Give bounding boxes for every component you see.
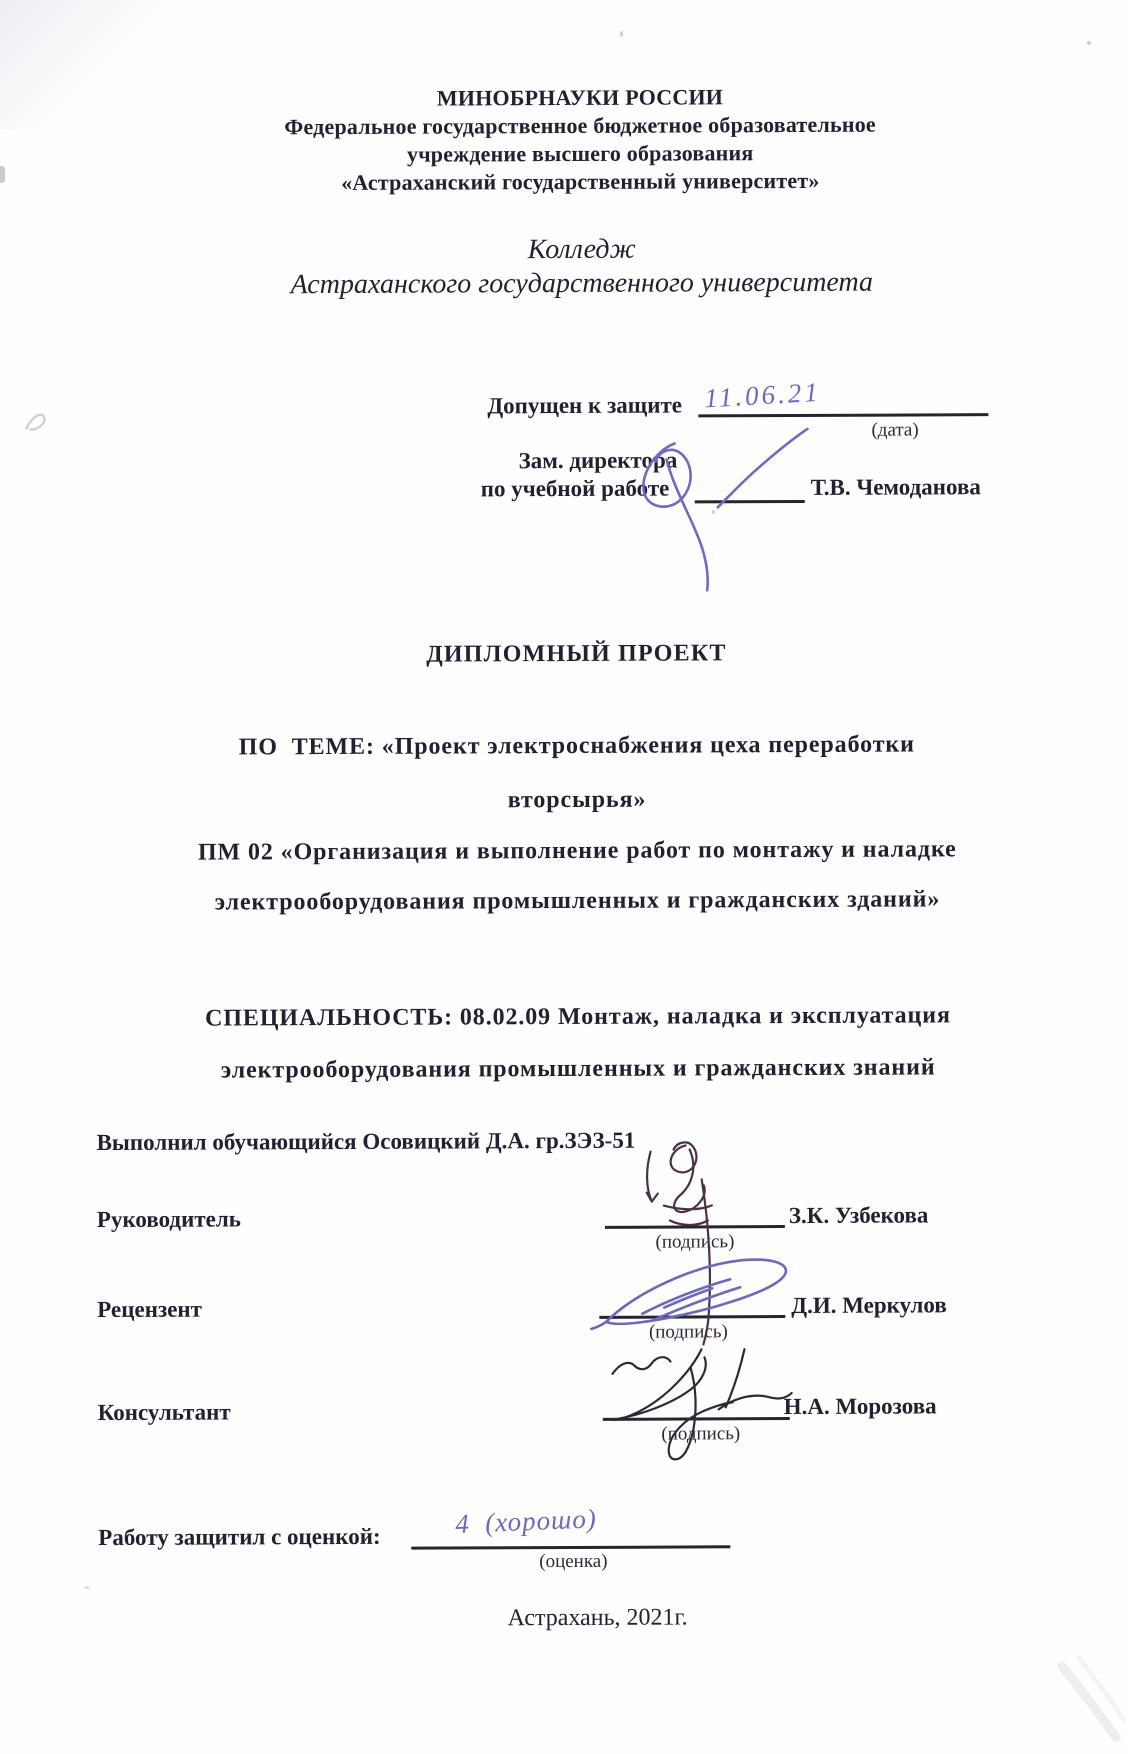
- university-name: «Астраханский государственный университе…: [35, 166, 1125, 199]
- signatory-name-consultant: Н.А. Морозова: [784, 1393, 937, 1420]
- module-line-2: электрооборудования промышленных и гражд…: [0, 886, 1128, 918]
- approver-position-line-2: по учебной работе: [481, 476, 670, 503]
- grade-handwritten-value: 4 (хорошо): [455, 1503, 598, 1540]
- module-line-1: ПМ 02 «Организация и выполнение работ по…: [0, 836, 1128, 868]
- scan-speck: [620, 31, 623, 37]
- scan-speck: [712, 510, 715, 514]
- scan-speck: [1087, 41, 1091, 45]
- document-type-title: ДИПЛОМНЫЙ ПРОЕКТ: [0, 639, 1127, 671]
- signature-line-reviewer: [599, 1315, 785, 1319]
- signature-caption-reviewer: (подпись): [628, 1321, 748, 1344]
- approver-signature-line: [695, 500, 805, 503]
- grade-caption: (оценка): [508, 1551, 638, 1574]
- signature-caption-supervisor: (подпись): [635, 1231, 755, 1254]
- signature-line-consultant: [603, 1417, 790, 1421]
- college-line-2: Астраханского государственного университ…: [38, 265, 1126, 304]
- approval-label: Допущен к защите: [487, 392, 682, 419]
- specialty-line-1: СПЕЦИАЛЬНОСТЬ: 08.02.09 Монтаж, наладка …: [1, 1002, 1128, 1034]
- approver-position-line-1: Зам. директора: [519, 448, 678, 475]
- scan-content: МИНОБРНАУКИ РОССИИ Федеральное государст…: [0, 0, 1128, 1754]
- grade-label: Работу защитил с оценкой:: [98, 1524, 380, 1551]
- signature-caption-consultant: (подпись): [641, 1423, 761, 1446]
- signatory-name-reviewer: Д.И. Меркулов: [791, 1292, 947, 1319]
- topic-line-2: вторсырья»: [0, 785, 1128, 817]
- signature-line-supervisor: [605, 1225, 785, 1229]
- student-line: Выполнил обучающийся Осовицкий Д.А. гр.З…: [96, 1128, 635, 1156]
- scan-corner-wash: [0, 0, 160, 130]
- specialty-line-2: электрооборудования промышленных и гражд…: [1, 1054, 1128, 1086]
- signatory-role-reviewer: Рецензент: [97, 1297, 202, 1323]
- approver-name: Т.В. Чемоданова: [811, 474, 981, 501]
- signatory-role-consultant: Консультант: [98, 1399, 231, 1426]
- approval-date-handwritten: 11.06.21: [703, 377, 821, 415]
- institution-header: МИНОБРНАУКИ РОССИИ Федеральное государст…: [0, 82, 1125, 199]
- signatory-name-supervisor: З.К. Узбекова: [789, 1202, 929, 1229]
- approval-date-caption: (дата): [871, 419, 918, 441]
- scanned-title-page: МИНОБРНАУКИ РОССИИ Федеральное государст…: [0, 0, 1128, 1754]
- corner-smudge: [1062, 1658, 1124, 1738]
- topic-line-1: ПО ТЕМЕ: «Проект электроснабжения цеха п…: [0, 731, 1128, 763]
- scan-edge-nick: [0, 166, 5, 183]
- grade-line: [411, 1545, 730, 1549]
- scan-speck: [84, 1586, 90, 1589]
- pencil-smudge: [26, 415, 44, 430]
- approval-date-line: [698, 413, 988, 417]
- signatory-role-supervisor: Руководитель: [97, 1206, 241, 1233]
- college-line-1: Колледж: [38, 231, 1126, 270]
- city-year-footer: Астрахань, 2021г.: [4, 1603, 1128, 1635]
- college-header: Колледж Астраханского государственного у…: [0, 231, 1126, 304]
